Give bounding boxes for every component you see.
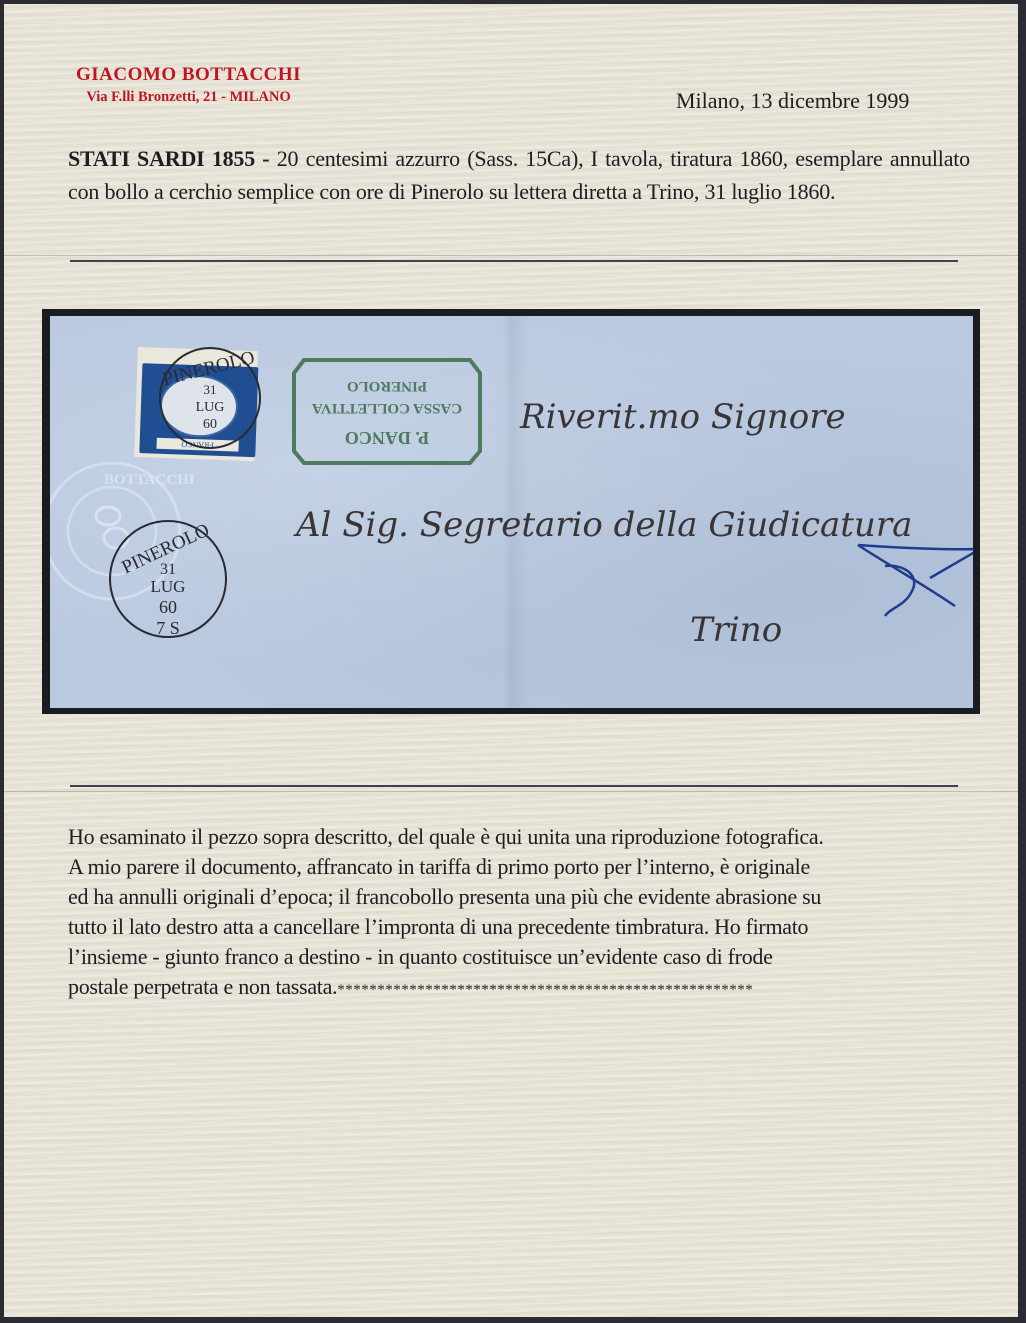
certificate-date: Milano, 13 dicembre 1999	[676, 88, 909, 114]
certificate-card: GIACOMO BOTTACCHI Via F.lli Bronzetti, 2…	[4, 4, 1018, 1317]
opinion-line: l’insieme - giunto franco a destino - in…	[68, 942, 970, 972]
svg-text:7 S: 7 S	[156, 618, 180, 638]
cover-illustration: BOTTACCHI FRANCO PINEROLO 31	[50, 316, 973, 708]
svg-text:LUG: LUG	[151, 577, 186, 596]
description-separator: -	[255, 146, 277, 171]
opinion-line: tutto il lato destro atta a cancellare l…	[68, 912, 970, 942]
divider-bottom	[70, 785, 958, 787]
svg-text:BOTTACCHI: BOTTACCHI	[104, 472, 195, 488]
cover-photo: BOTTACCHI FRANCO PINEROLO 31	[50, 316, 973, 708]
opinion-last-text: postale perpetrata e non tassata.	[68, 974, 337, 999]
svg-text:Al Sig. Segretario della Giudi: Al Sig. Segretario della Giudicatura	[293, 505, 912, 545]
description-heading: STATI SARDI 1855	[68, 146, 255, 171]
issuer-address: Via F.lli Bronzetti, 21 - MILANO	[76, 89, 301, 106]
postmark-cover-text: PINEROLO 31 LUG 60 7 S	[119, 520, 213, 638]
svg-text:Trino: Trino	[690, 610, 782, 650]
issuer-name: GIACOMO BOTTACCHI	[76, 64, 301, 86]
opinion-line: ed ha annulli originali d’epoca; il fran…	[68, 882, 970, 912]
svg-text:P. DANCO: P. DANCO	[345, 428, 429, 448]
opinion-line-last: postale perpetrata e non tassata.*******…	[68, 972, 970, 1005]
expert-opinion: Ho esaminato il pezzo sopra descritto, d…	[68, 822, 970, 1005]
svg-text:60: 60	[159, 597, 177, 617]
svg-text:CASSA COLLETTIVA: CASSA COLLETTIVA	[312, 400, 462, 416]
octagonal-cachet: P. DANCO CASSA COLLETTIVA PINEROLO	[294, 360, 480, 463]
fold-line-top	[4, 255, 1018, 256]
svg-text:Riverit.mo Signore: Riverit.mo Signore	[519, 397, 846, 437]
fold-line-bottom	[4, 791, 1018, 792]
opinion-line: A mio parere il documento, affrancato in…	[68, 852, 970, 882]
filler-asterisks: ****************************************…	[337, 982, 753, 998]
photo-frame: BOTTACCHI FRANCO PINEROLO 31	[42, 309, 980, 714]
divider-top	[70, 260, 958, 262]
item-description: STATI SARDI 1855 - 20 centesimi azzurro …	[68, 142, 970, 208]
issuer-letterhead: GIACOMO BOTTACCHI Via F.lli Bronzetti, 2…	[76, 64, 301, 106]
svg-text:PINEROLO: PINEROLO	[347, 378, 427, 394]
svg-text:60: 60	[203, 417, 217, 432]
blue-crayon-mark	[858, 545, 973, 616]
opinion-line: Ho esaminato il pezzo sopra descritto, d…	[68, 822, 970, 852]
svg-text:LUG: LUG	[196, 400, 225, 415]
svg-text:31: 31	[160, 561, 176, 578]
svg-text:31: 31	[204, 382, 217, 397]
